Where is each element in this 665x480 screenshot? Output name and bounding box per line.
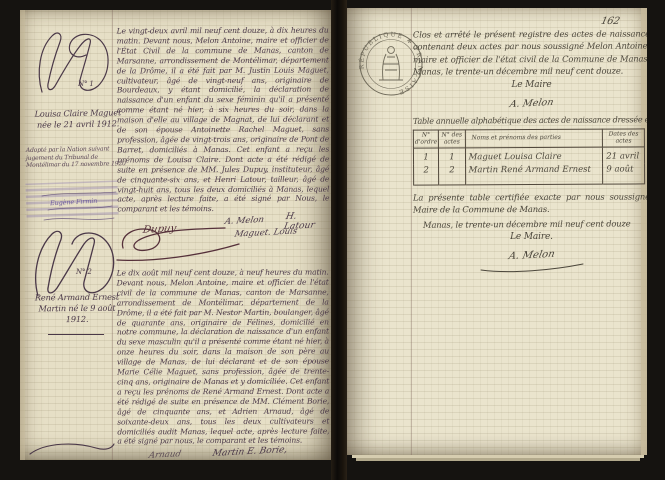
act2-signature-arnaud: Arnaud	[148, 449, 182, 460]
row2-date: 9 août	[603, 163, 645, 184]
left-text-column: Le vingt-deux avril mil neuf cent douze,…	[117, 26, 329, 460]
act1-number-flourish	[30, 24, 118, 98]
page-number: 162	[600, 16, 621, 27]
row1-order: 1	[413, 148, 438, 165]
table-row: 1 1 Maguet Louisa Claire 21 avril	[413, 147, 644, 165]
annual-table: N° d'ordre N° des actes Noms et prénoms …	[413, 128, 645, 185]
row2-order: 2	[414, 164, 439, 185]
closing-le-maire: Le Maire	[413, 80, 647, 90]
col-header-order: N° d'ordre	[413, 130, 438, 148]
act1-body-text: Le vingt-deux avril mil neuf cent douze,…	[117, 26, 330, 215]
act1-signature-dupuy-flourish	[113, 222, 243, 264]
row1-date: 21 avril	[603, 147, 645, 164]
act1-adoption-note: Adopté par la Nation suivant jugement du…	[26, 145, 128, 169]
certification-signature-swash	[477, 262, 587, 274]
act2-signature-block: Arnaud Martin E. Borie, A. Melon	[117, 447, 329, 460]
certification-text: La présente table certifiée exacte par n…	[413, 190, 647, 216]
col-header-acte: N° des actes	[439, 129, 465, 147]
certification-le-maire: Le Maire.	[413, 232, 647, 242]
closing-statement: Clos et arrêté le présent registre des a…	[413, 27, 647, 78]
row2-acte: 2	[439, 164, 465, 185]
row2-name: Martin René Armand Ernest	[465, 163, 603, 184]
act1-signature-maguet: Maguet. Louis	[234, 227, 299, 240]
left-page: N° 1 Louisa Claire Maguet née le 21 avri…	[20, 10, 331, 460]
act1-signature-block: A. Melon H. Latour Maguet. Louis Dupuy	[117, 214, 329, 264]
col-header-dates: Dates des actes	[603, 129, 645, 147]
marginal-script-flourish	[34, 188, 120, 228]
act2-number-label: N° 2	[76, 268, 92, 276]
act2-caption-rule	[48, 334, 104, 335]
act1-margin-caption: Louisa Claire Maguet née le 21 avril 191…	[28, 107, 128, 131]
act2-body-text: Le dix août mil neuf cent douze, à neuf …	[117, 268, 330, 447]
book-gutter	[331, 0, 347, 480]
page-stack-edge	[356, 458, 640, 461]
certification-date: Manas, le trente-un décembre mil neuf ce…	[423, 219, 647, 231]
col-header-names: Noms et prénoms des parties	[465, 129, 603, 148]
scanned-register-spread: N° 1 Louisa Claire Maguet née le 21 avri…	[0, 0, 665, 480]
right-text-column: Clos et arrêté le présent registre des a…	[413, 28, 647, 274]
closing-signature-melon: A. Melon	[509, 97, 555, 110]
certification-signature-melon: A. Melon	[507, 249, 555, 262]
stamp-marianne-figure	[379, 47, 403, 80]
row1-acte: 1	[439, 147, 465, 164]
act2-signature-martin-borie: Martin E. Borie,	[212, 445, 289, 459]
table-title: Table annuelle alphabétique des actes de…	[413, 114, 647, 126]
table-row: 2 2 Martin René Armand Ernest 9 août	[414, 163, 645, 185]
act1-signature-dupuy: Dupuy	[142, 223, 178, 236]
row1-name: Maguet Louisa Claire	[465, 147, 603, 164]
left-margin-column: N° 1 Louisa Claire Maguet née le 21 avri…	[24, 20, 120, 456]
act1-number-label: N° 1	[78, 80, 94, 88]
right-page: 162 RÉPUBLIQUE ✻ FRANÇAISE Clos et arrêt…	[347, 8, 647, 455]
act2-number-flourish	[28, 224, 124, 302]
bottom-partial-flourish	[26, 440, 116, 456]
act2-margin-caption: René Armand Ernest Martin né le 9 août 1…	[26, 292, 128, 326]
